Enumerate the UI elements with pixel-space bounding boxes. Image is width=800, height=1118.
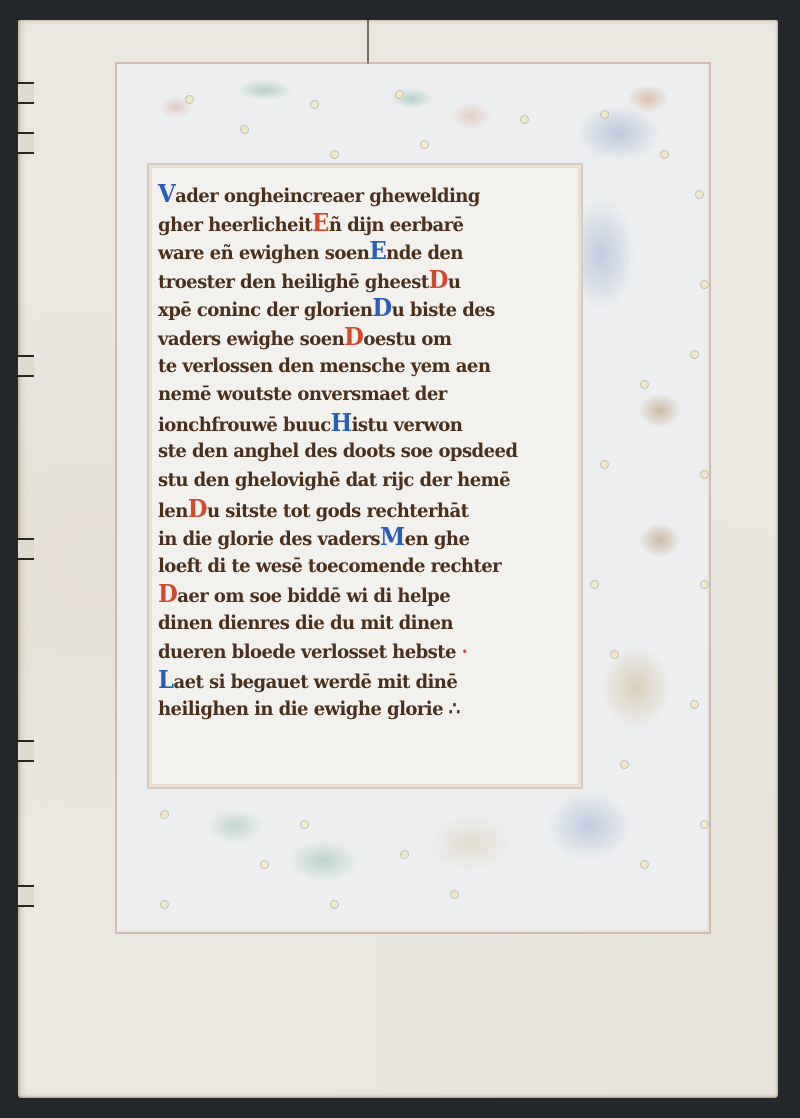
text-segment: dueren bloede verlosset hebste [158,641,456,663]
initial-capital: D [188,494,207,523]
text-segment: in die glorie des vaders [158,528,380,550]
text-line: Vader ongheincreaer ghewelding [158,180,557,209]
text-segment: xpē coninc der glorien [158,299,372,321]
text-segment: u sitste tot gods rechterhāt [207,500,468,522]
initial-capital: M [380,522,405,551]
gold-dot [700,820,709,829]
gold-dot [330,150,339,159]
text-segment: te verlossen den mensche yem aen [158,355,490,377]
text-line: in die glorie des vadersMen ghe [158,523,557,552]
text-line: dueren bloede verlosset hebste · [158,638,557,667]
gold-dot [520,115,529,124]
text-segment: ware eñ ewighen soen [158,242,369,264]
text-segment: gher heerlicheit [158,214,312,236]
text-segment: u [448,271,461,293]
text-segment: aet si begauet werdē mit dinē [173,671,457,693]
gold-dot [640,380,649,389]
gold-dot [590,580,599,589]
gold-dot [690,700,699,709]
text-segment: nde den [386,242,463,264]
gold-dot [600,460,609,469]
initial-capital: D [372,293,391,322]
text-segment: len [158,500,188,522]
initial-capital: H [331,408,352,437]
text-line: vaders ewighe soenDoestu om [158,323,557,352]
text-segment: dinen dienres die du mit dinen [158,612,453,634]
text-segment: stu den ghelovighē dat rijc der hemē [158,469,510,491]
gold-dot [400,850,409,859]
text-segment: ionchfrouwē buuc [158,414,331,436]
gold-dot [300,820,309,829]
initial-capital: D [158,579,177,608]
initial-capital: D [344,322,363,351]
gold-dot [395,90,404,99]
gold-dot [185,95,194,104]
initial-capital: E [312,208,329,237]
sewing-hole [18,538,34,560]
text-line: te verlossen den mensche yem aen [158,352,557,381]
text-line: gher heerlicheitEñ dijn eerbarē [158,209,557,238]
gold-dot [420,140,429,149]
text-segment: troester den heilighē gheest [158,271,429,293]
text-line: stu den ghelovighē dat rijc der hemē [158,466,557,495]
sewing-hole [18,740,34,762]
text-line: lenDu sitste tot gods rechterhāt [158,495,557,524]
sewing-hole [18,355,34,377]
text-segment: vaders ewighe soen [158,328,344,350]
text-segment: · [456,641,467,663]
text-line: Laet si begauet werdē mit dinē [158,666,557,695]
initial-capital: E [369,236,386,265]
text-segment: en ghe [405,528,470,550]
text-line: dinen dienres die du mit dinen [158,609,557,638]
gold-dot [700,280,709,289]
gold-dot [310,100,319,109]
text-line: heilighen in die ewighe glorie ∴ [158,695,557,724]
text-line: ste den anghel des doots soe opsdeed [158,437,557,466]
gold-dot [700,580,709,589]
text-line: Daer om soe biddē wi di helpe [158,580,557,609]
sewing-hole [18,132,34,154]
text-segment: heilighen in die ewighe glorie ∴ [158,698,460,720]
initial-capital: D [429,265,448,294]
gold-dot [610,650,619,659]
text-line: troester den heilighē gheestDu [158,266,557,295]
text-line: nemē woutste onversmaet der [158,380,557,409]
gold-dot [695,190,704,199]
text-line: ware eñ ewighen soenEnde den [158,237,557,266]
gold-dot [160,810,169,819]
gold-dot [260,860,269,869]
gold-dot [160,900,169,909]
text-segment: ste den anghel des doots soe opsdeed [158,440,517,462]
sewing-hole [18,82,34,104]
text-lines: Vader ongheincreaer gheweldinggher heerl… [158,180,578,723]
initial-capital: L [158,665,173,694]
text-line: ionchfrouwē buucHistu verwon [158,409,557,438]
gold-dot [690,350,699,359]
gold-dot [700,470,709,479]
text-segment: aer om soe biddē wi di helpe [177,585,450,607]
text-segment: oestu om [363,328,451,350]
initial-capital: V [158,179,175,208]
gold-dot [660,150,669,159]
text-segment: nemē woutste onversmaet der [158,383,447,405]
text-line: xpē coninc der glorienDu biste des [158,294,557,323]
gold-dot [640,860,649,869]
sewing-hole [18,885,34,907]
gold-dot [620,760,629,769]
text-segment: u biste des [392,299,495,321]
gold-dot [330,900,339,909]
gold-dot [450,890,459,899]
gold-dot [600,110,609,119]
text-segment: ñ dijn eerbarē [329,214,464,236]
gold-dot [240,125,249,134]
text-segment: ader ongheincreaer ghewelding [175,185,480,207]
text-segment: istu verwon [352,414,463,436]
text-line: loeft di te wesē toecomende rechter [158,552,557,581]
text-segment: loeft di te wesē toecomende rechter [158,555,501,577]
